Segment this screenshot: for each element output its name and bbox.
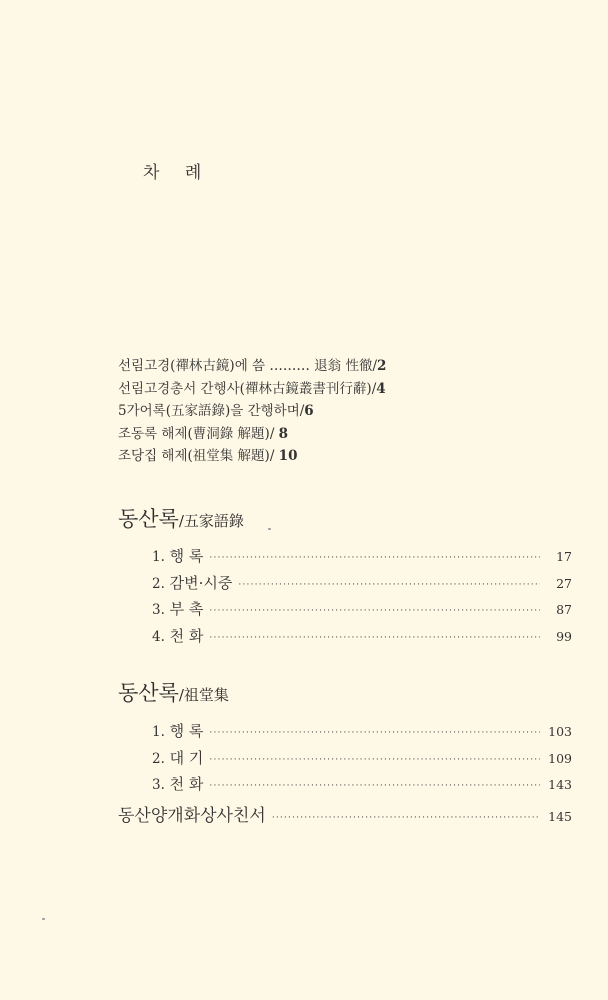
- dot-leader: [209, 553, 540, 563]
- section-subtitle: /祖堂集: [179, 686, 229, 704]
- toc-page: 109: [540, 751, 572, 766]
- front-matter-item[interactable]: 선림고경총서 간행사(禪林古鏡叢書刊行辭)/4: [118, 378, 386, 401]
- section-title: 동산록: [118, 507, 179, 531]
- toc-label: 3. 부 촉: [152, 598, 209, 619]
- front-matter-page: 8: [279, 426, 288, 442]
- front-matter-item[interactable]: 5가어록(五家語錄)을 간행하며/6: [118, 400, 386, 423]
- toc-page: 145: [540, 809, 572, 824]
- dot-leader: [209, 728, 540, 738]
- toc-row[interactable]: 3. 천 화 143: [152, 773, 572, 800]
- toc-page: 87: [540, 602, 572, 617]
- toc-label: 2. 감변·시중: [152, 572, 238, 593]
- dot-leader: [209, 781, 540, 791]
- toc-list-zutangji: 1. 행 록 103 2. 대 기 109 3. 천 화 143: [152, 720, 572, 800]
- front-matter-item[interactable]: 조당집 해제(祖堂集 解題)/ 10: [118, 445, 386, 468]
- front-matter-list: 선림고경(禪林古鏡)에 씀 ……… 退翁 性徹/2 선림고경총서 간행사(禪林古…: [118, 355, 386, 468]
- dot-leader: [209, 755, 540, 765]
- toc-page: 103: [540, 724, 572, 739]
- front-matter-item[interactable]: 선림고경(禪林古鏡)에 씀 ……… 退翁 性徹/2: [118, 355, 386, 378]
- toc-row-final[interactable]: 동산양개화상사친서 145: [118, 801, 572, 828]
- section-heading-wujia: 동산록/五家語錄: [118, 503, 244, 533]
- toc-row[interactable]: 1. 행 록 103: [152, 720, 572, 747]
- paper-speck: [42, 918, 45, 920]
- toc-page: 99: [540, 629, 572, 644]
- toc-label: 1. 행 록: [152, 720, 209, 741]
- toc-row[interactable]: 2. 감변·시중 27: [152, 572, 572, 599]
- section-title: 동산록: [118, 681, 179, 705]
- front-matter-text: 5가어록(五家語錄)을 간행하며/: [118, 403, 304, 419]
- section-subtitle: /五家語錄: [179, 512, 244, 530]
- dot-leader: [238, 580, 540, 590]
- front-matter-page: 2: [377, 358, 386, 374]
- dot-leader: [209, 633, 540, 643]
- toc-label: 3. 천 화: [152, 773, 209, 794]
- front-matter-item[interactable]: 조동록 해제(曹洞錄 解題)/ 8: [118, 423, 386, 446]
- front-matter-text: 조당집 해제(祖堂集 解題)/: [118, 448, 279, 464]
- toc-row[interactable]: 1. 행 록 17: [152, 545, 572, 572]
- paper-speck: [268, 528, 271, 530]
- toc-page: 17: [540, 549, 572, 564]
- front-matter-page: 10: [279, 448, 298, 464]
- front-matter-page: 4: [376, 381, 385, 397]
- front-matter-text: 선림고경(禪林古鏡)에 씀 ……… 退翁 性徹/: [118, 358, 377, 374]
- toc-row[interactable]: 3. 부 촉 87: [152, 598, 572, 625]
- toc-row[interactable]: 2. 대 기 109: [152, 747, 572, 774]
- toc-label: 1. 행 록: [152, 545, 209, 566]
- toc-label: 동산양개화상사친서: [118, 801, 272, 826]
- toc-row[interactable]: 4. 천 화 99: [152, 625, 572, 652]
- toc-label: 4. 천 화: [152, 625, 209, 646]
- toc-list-wujia: 1. 행 록 17 2. 감변·시중 27 3. 부 촉 87 4. 천 화 9…: [152, 545, 572, 651]
- toc-label: 2. 대 기: [152, 747, 209, 768]
- dot-leader: [272, 813, 540, 823]
- page-title: 차 례: [143, 158, 211, 183]
- toc-page: 143: [540, 777, 572, 792]
- toc-list-final: 동산양개화상사친서 145: [118, 801, 572, 828]
- toc-page: 27: [540, 576, 572, 591]
- front-matter-page: 6: [304, 403, 313, 419]
- dot-leader: [209, 606, 540, 616]
- front-matter-text: 선림고경총서 간행사(禪林古鏡叢書刊行辭)/: [118, 381, 376, 397]
- section-heading-zutangji: 동산록/祖堂集: [118, 677, 229, 707]
- front-matter-text: 조동록 해제(曹洞錄 解題)/: [118, 426, 279, 442]
